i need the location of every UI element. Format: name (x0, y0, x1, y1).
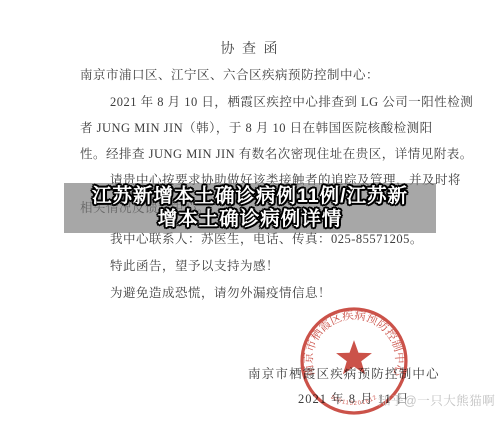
headline-line-2: 增本土确诊病例详情 (158, 208, 343, 231)
letter-document: 协 查 函 南京市浦口区、江宁区、六合区疾病预防控制中心： 2021 年 8 月… (0, 0, 500, 422)
headline-overlay: 江苏新增本土确诊病例11例/江苏新 增本土确诊病例详情 (64, 183, 436, 233)
headline-line-1: 江苏新增本土确诊病例11例/江苏新 (92, 185, 408, 208)
body-line: 2021 年 8 月 10 日，栖霞区疾控中心排查到 LG 公司一阳性检测 (110, 94, 473, 111)
addressee-line: 南京市浦口区、江宁区、六合区疾病预防控制中心： (80, 67, 379, 84)
letter-title: 协 查 函 (0, 38, 500, 58)
stamp-serial: 320113201612 (329, 394, 378, 406)
warning-line: 为避免造成恐慌，请勿外漏疫情信息！ (110, 285, 331, 302)
closing-line: 特此函告，望予以支持为感！ (110, 258, 279, 275)
body-line: 性。经排查 JUNG MIN JIN 有数名次密现住址在贵区，详情见附表。 (80, 146, 473, 163)
watermark: 知乎@一只大熊猫啊 (378, 391, 495, 409)
star-icon (336, 340, 372, 374)
contact-line: 我中心联系人：苏医生，电话、传真：025-85571205。 (110, 231, 423, 248)
body-line: 者 JUNG MIN JIN（韩），于 8 月 10 日在韩国医院核酸检测阳 (80, 120, 433, 137)
